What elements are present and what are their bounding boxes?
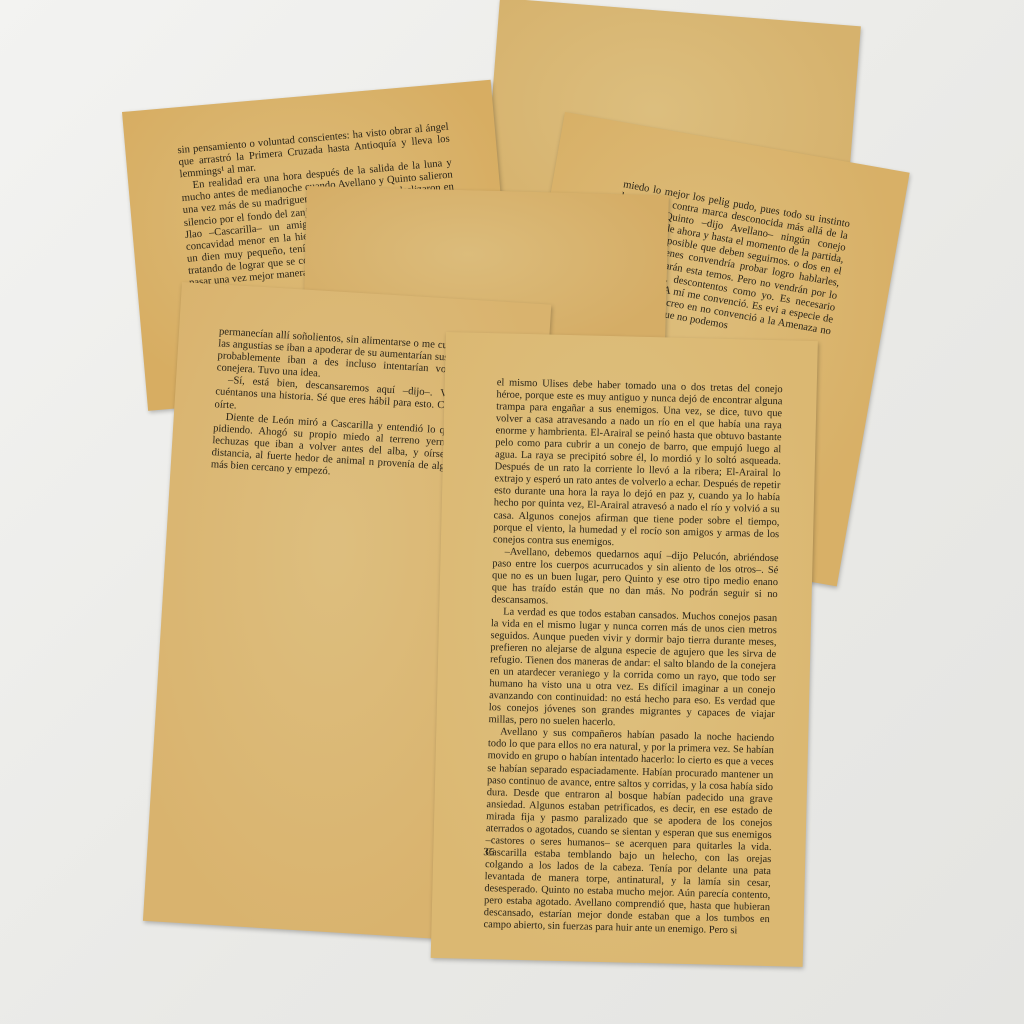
paragraph: Avellano y sus compañeros habían pasado … (483, 727, 774, 939)
page-text: el mismo Ulises debe haber tomado una o … (483, 377, 782, 938)
page-front: el mismo Ulises debe haber tomado una o … (431, 332, 818, 967)
paragraph: –Avellano, debemos quedarnos aquí –dijo … (491, 546, 778, 613)
page-number: 36 (483, 846, 494, 858)
paragraph: La verdad es que todos estaban cansados.… (488, 606, 777, 733)
paragraph: el mismo Ulises debe haber tomado una o … (493, 377, 783, 553)
